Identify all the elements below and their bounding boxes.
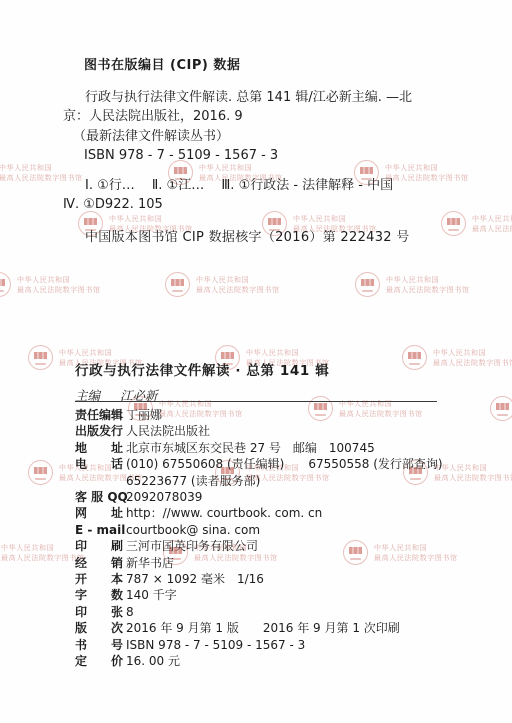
- pub-row-wordcount: 字 数140 千字: [75, 587, 443, 603]
- pub-label: 书 号: [75, 637, 126, 653]
- pub-value: 新华书店: [126, 555, 174, 571]
- pub-value: http：//www. courtbook. com. cn: [126, 505, 322, 521]
- pub-row-website: 网 址http：//www. courtbook. com. cn: [75, 505, 443, 521]
- cip-classification-line1: Ⅰ. ①行… Ⅱ. ①江… Ⅲ. ①行政法 - 法律解释 - 中国: [63, 176, 448, 196]
- pub-row-sheets: 印 张8: [75, 604, 443, 620]
- pub-label: 印 张: [75, 604, 126, 620]
- book-title: 行政与执行法律文件解读 · 总第 141 辑: [75, 359, 437, 379]
- pub-row-distributor: 经 销新华书店: [75, 555, 443, 571]
- pub-label: 印 刷: [75, 538, 126, 554]
- title-block: 行政与执行法律文件解读 · 总第 141 辑 主编江必新: [75, 359, 437, 404]
- pub-row-edition: 版 次2016 年 9 月第 1 版 2016 年 9 月第 1 次印刷: [75, 620, 443, 636]
- pub-row-price: 定 价16. 00 元: [75, 653, 443, 669]
- pub-label: 出版发行: [75, 423, 126, 439]
- cip-isbn: ISBN 978 - 7 - 5109 - 1567 - 3: [63, 146, 448, 166]
- pub-value: 北京市东城区东交民巷 27 号 邮编 100745: [126, 440, 375, 456]
- pub-row-isbn: 书 号ISBN 978 - 7 - 5109 - 1567 - 3: [75, 637, 443, 653]
- pub-row-email: E - mailcourtbook@ sina. com: [75, 522, 443, 538]
- pub-row-phone: 电 话(010) 67550608 (责任编辑) 67550558 (发行部查询…: [75, 456, 443, 472]
- pub-value: courtbook@ sina. com: [126, 522, 260, 538]
- pub-label: 责任编辑: [75, 407, 126, 423]
- pub-label: 经 销: [75, 555, 126, 571]
- pub-label: 定 价: [75, 653, 126, 669]
- pub-value: (010) 67550608 (责任编辑) 67550558 (发行部查询): [126, 456, 443, 472]
- pub-label: 电 话: [75, 456, 126, 472]
- cip-heading: 图书在版编目 (CIP) 数据: [63, 56, 448, 76]
- pub-row-phone-cont: 65223677 (读者服务部): [75, 473, 443, 489]
- cip-record-number: 中国版本图书馆 CIP 数据核字（2016）第 222432 号: [63, 228, 448, 248]
- pub-label: E - mail: [75, 522, 126, 538]
- divider-rule: [75, 401, 437, 402]
- cip-series-note: （最新法律文件解读丛书）: [63, 127, 448, 147]
- pub-value: 787 × 1092 毫米 1/16: [126, 571, 264, 587]
- pub-row-editor: 责任编辑丁丽娜: [75, 407, 443, 423]
- pub-row-format: 开 本787 × 1092 毫米 1/16: [75, 571, 443, 587]
- cip-bibliographic-line1: 行政与执行法律文件解读. 总第 141 辑/江必新主编. —北: [63, 88, 448, 108]
- pub-label: 开 本: [75, 571, 126, 587]
- pub-value: 16. 00 元: [126, 653, 180, 669]
- pub-label: 版 次: [75, 620, 126, 636]
- pub-value: 2016 年 9 月第 1 版 2016 年 9 月第 1 次印刷: [126, 620, 400, 636]
- pub-value: ISBN 978 - 7 - 5109 - 1567 - 3: [126, 637, 305, 653]
- pub-row-address: 地 址北京市东城区东交民巷 27 号 邮编 100745: [75, 440, 443, 456]
- pub-label: 地 址: [75, 440, 126, 456]
- pub-value: 三河市国英印务有限公司: [126, 538, 258, 554]
- publication-table: 责任编辑丁丽娜 出版发行人民法院出版社 地 址北京市东城区东交民巷 27 号 邮…: [75, 407, 443, 670]
- pub-value: 人民法院出版社: [126, 423, 210, 439]
- pub-value: 65223677 (读者服务部): [126, 473, 260, 489]
- pub-row-qq: 客 服 QQ2092078039: [75, 489, 443, 505]
- pub-value: 140 千字: [126, 587, 177, 603]
- page-content: 图书在版编目 (CIP) 数据 行政与执行法律文件解读. 总第 141 辑/江必…: [0, 0, 512, 723]
- pub-value: 丁丽娜: [126, 407, 162, 423]
- cip-bibliographic-line2: 京：人民法院出版社，2016. 9: [63, 107, 448, 127]
- pub-label: 字 数: [75, 587, 126, 603]
- pub-value: 2092078039: [126, 489, 202, 505]
- cip-classification-line2: Ⅳ. ①D922. 105: [63, 195, 448, 215]
- pub-value: 8: [126, 604, 134, 620]
- pub-label: 网 址: [75, 505, 126, 521]
- pub-label: 客 服 QQ: [75, 489, 126, 505]
- cip-block: 图书在版编目 (CIP) 数据 行政与执行法律文件解读. 总第 141 辑/江必…: [63, 56, 448, 247]
- pub-row-publisher: 出版发行人民法院出版社: [75, 423, 443, 439]
- copyright-page: 中华人民共和国最高人民法院数字图书馆中华人民共和国最高人民法院数字图书馆中华人民…: [0, 0, 512, 723]
- pub-label: [75, 473, 126, 489]
- pub-row-printer: 印 刷三河市国英印务有限公司: [75, 538, 443, 554]
